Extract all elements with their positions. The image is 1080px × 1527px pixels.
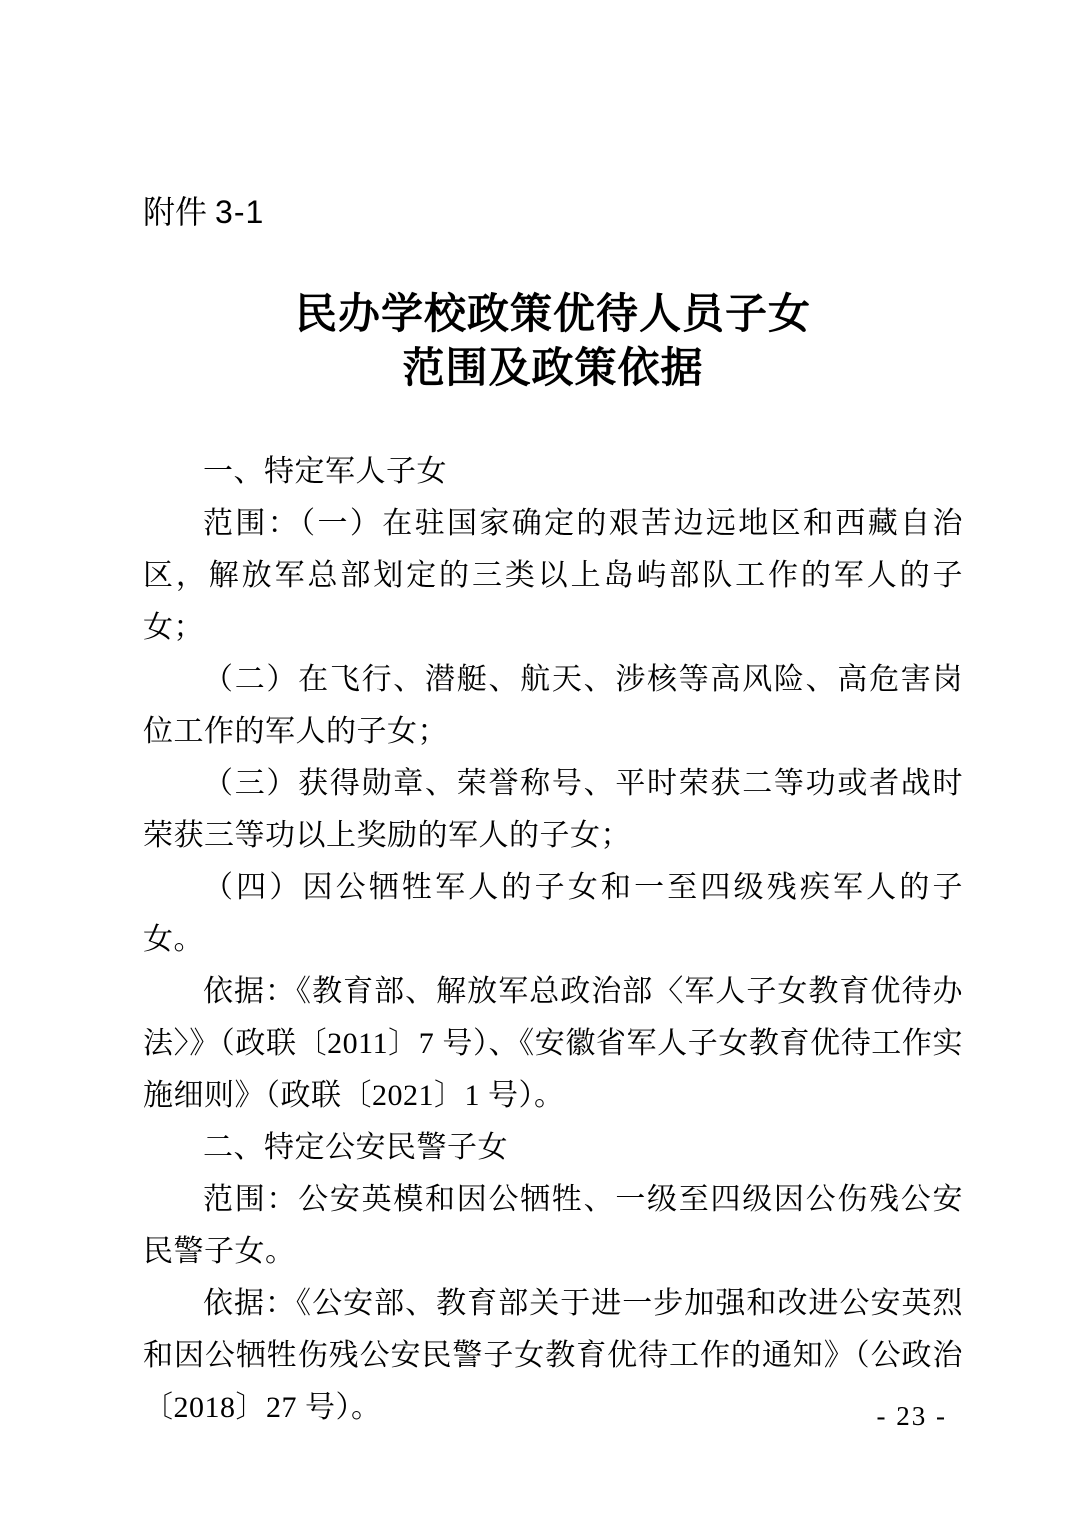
attachment-label: 附件 bbox=[143, 194, 207, 230]
document-page: 附件 3-1 民办学校政策优待人员子女 范围及政策依据 一、特定军人子女 范围：… bbox=[0, 0, 1080, 1527]
document-title: 民办学校政策优待人员子女 范围及政策依据 bbox=[143, 288, 963, 396]
section-2-paragraph-basis: 依据：《公安部、教育部关于进一步加强和改进公安英烈和因公牺牲伤残公安民警子女教育… bbox=[143, 1278, 963, 1434]
section-1-paragraph-item4: （四）因公牺牲军人的子女和一至四级残疾军人的子女。 bbox=[143, 862, 963, 966]
section-1-paragraph-item3: （三）获得勋章、荣誉称号、平时荣获二等功或者战时荣获三等功以上奖励的军人的子女； bbox=[143, 758, 963, 862]
attachment-label-line: 附件 3-1 bbox=[143, 192, 963, 232]
section-1-paragraph-basis: 依据：《教育部、解放军总政治部〈军人子女教育优待办法〉》（政联〔2011〕7 号… bbox=[143, 966, 963, 1122]
section-2-paragraph-scope: 范围：公安英模和因公牺牲、一级至四级因公伤残公安民警子女。 bbox=[143, 1174, 963, 1278]
section-2-heading: 二、特定公安民警子女 bbox=[143, 1122, 963, 1174]
section-1-paragraph-scope: 范围：（一）在驻国家确定的艰苦边远地区和西藏自治区，解放军总部划定的三类以上岛屿… bbox=[143, 498, 963, 654]
document-title-line2: 范围及政策依据 bbox=[143, 342, 963, 396]
page-number: - 23 - bbox=[877, 1401, 947, 1431]
document-title-line1: 民办学校政策优待人员子女 bbox=[143, 288, 963, 342]
section-1-heading: 一、特定军人子女 bbox=[143, 446, 963, 498]
attachment-number: 3-1 bbox=[215, 194, 264, 230]
section-1-paragraph-item2: （二）在飞行、潜艇、航天、涉核等高风险、高危害岗位工作的军人的子女； bbox=[143, 654, 963, 758]
document-body: 一、特定军人子女 范围：（一）在驻国家确定的艰苦边远地区和西藏自治区，解放军总部… bbox=[143, 446, 963, 1434]
document-content: 附件 3-1 民办学校政策优待人员子女 范围及政策依据 一、特定军人子女 范围：… bbox=[143, 0, 963, 1434]
